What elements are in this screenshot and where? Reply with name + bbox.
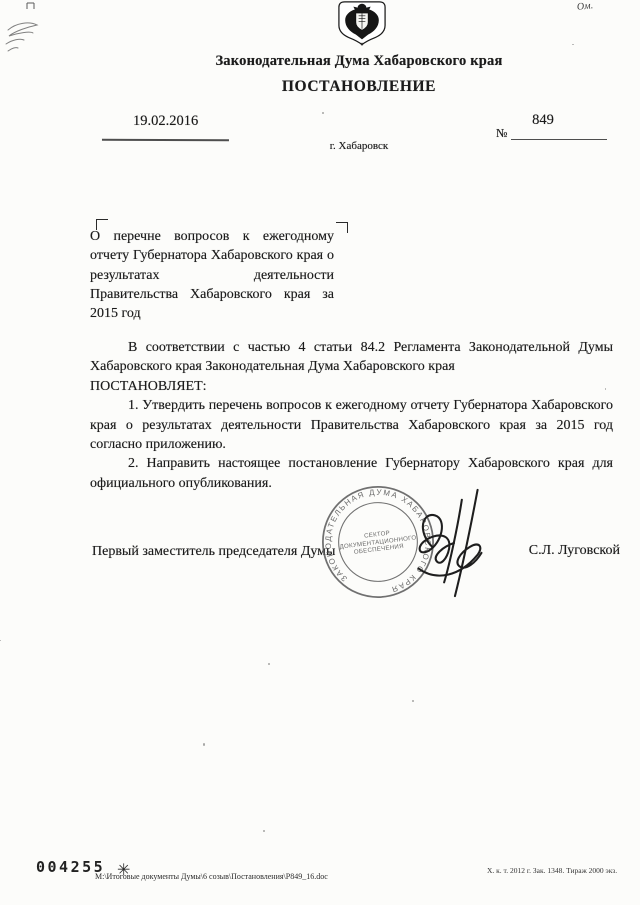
body-intro-paragraph: В соответствии с частью 4 статьи 84.2 Ре…	[90, 338, 613, 377]
scanned-document-page: Ом. Законодательная Дума Хабаровского кр…	[0, 0, 640, 905]
scan-speck	[605, 388, 606, 390]
pencil-tick-mark	[26, 2, 36, 10]
file-path-note: М:\Итоговые документы Думы\6 созыв\Поста…	[95, 872, 328, 881]
print-shop-info: Х. к. т. 2012 г. Зак. 1348. Тираж 2000 э…	[487, 866, 617, 875]
scan-speck	[203, 743, 205, 746]
resolves-word: ПОСТАНОВЛЯЕТ:	[90, 377, 613, 396]
signer-title: Первый заместитель председателя Думы	[92, 544, 335, 560]
pencil-scribble	[2, 16, 48, 58]
organization-name: Законодательная Дума Хабаровского края	[78, 53, 640, 70]
coat-of-arms-icon	[337, 0, 387, 47]
scan-speck	[412, 700, 414, 702]
scan-speck	[572, 44, 574, 45]
handwritten-note: Ом.	[576, 0, 593, 13]
signature-autograph	[402, 486, 502, 604]
scan-speck	[0, 640, 1, 641]
document-body: В соответствии с частью 4 статьи 84.2 Ре…	[90, 338, 613, 493]
number-underline	[511, 124, 607, 140]
date-underline	[102, 124, 229, 141]
city-label: г. Хабаровск	[78, 140, 640, 152]
document-type-title: ПОСТАНОВЛЕНИЕ	[78, 78, 640, 96]
scan-speck	[263, 830, 265, 832]
scan-speck	[322, 112, 324, 114]
signer-name: С.Л. Луговской	[500, 543, 620, 559]
corner-mark-right	[336, 222, 348, 233]
scan-speck	[268, 663, 270, 665]
body-item-1: 1. Утвердить перечень вопросов к ежегодн…	[90, 396, 613, 454]
document-subject: О перечне вопросов к ежегодному отчету Г…	[90, 227, 334, 323]
